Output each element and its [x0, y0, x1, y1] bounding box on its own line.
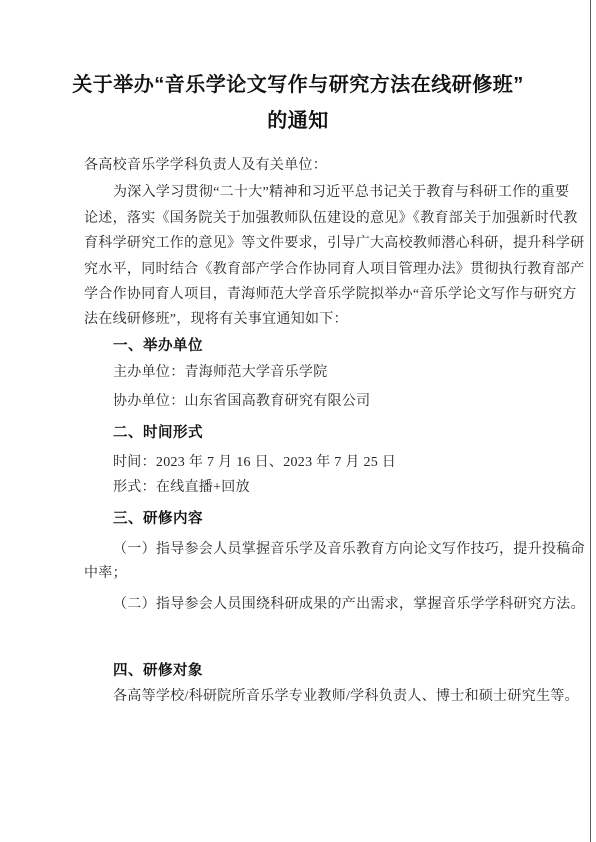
- organizer-host-line: 主办单位：青海师范大学音乐学院: [113, 365, 328, 381]
- intro-paragraph-line: 究水平，同时结合《教育部产学合作协同育人项目管理办法》贯彻执行教育部产: [84, 262, 585, 278]
- section-heading-organizers: 一、举办单位: [113, 338, 203, 354]
- salutation: 各高校音乐学学科负责人及有关单位：: [84, 158, 327, 174]
- document-title-line2: 的通知: [0, 109, 596, 133]
- intro-paragraph-line: 学合作协同育人项目，青海师范大学音乐学院拟举办“音乐学论文写作与研究方: [84, 287, 577, 303]
- organizer-cohost-line: 协办单位：山东省国高教育研究有限公司: [113, 394, 370, 410]
- intro-paragraph-line: 法在线研修班”，现将有关事宜通知如下：: [84, 312, 348, 328]
- document-page: 关于举办“音乐学论文写作与研究方法在线研修班” 的通知 各高校音乐学学科负责人及…: [0, 0, 596, 842]
- content-item1-line2: 中率；: [84, 566, 127, 582]
- intro-paragraph-line: 论述，落实《国务院关于加强教师队伍建设的意见》《教育部关于加强新时代教: [84, 211, 578, 227]
- intro-paragraph-line: 育科学研究工作的意见》等文件要求，引导广大高校教师潜心科研，提升科学研: [84, 236, 585, 252]
- content-item1-line1: （一）指导参会人员掌握音乐学及音乐教育方向论文写作技巧，提升投稿命: [113, 542, 585, 558]
- intro-paragraph-line: 为深入学习贯彻“二十大”精神和习近平总书记关于教育与科研工作的重要: [113, 185, 569, 201]
- document-title-line1: 关于举办“音乐学论文写作与研究方法在线研修班”: [0, 73, 596, 97]
- page-right-edge-line: [590, 0, 591, 842]
- section-heading-content: 三、研修内容: [113, 511, 203, 527]
- audience-line: 各高等学校/科研院所音乐学专业教师/学科负责人、博士和硕士研究生等。: [113, 689, 579, 705]
- section-heading-time-format: 二、时间形式: [113, 425, 203, 441]
- format-line: 形式：在线直播+回放: [113, 480, 250, 496]
- content-item2-line: （二）指导参会人员围绕科研成果的产出需求，掌握音乐学学科研究方法。: [113, 597, 585, 613]
- time-line: 时间：2023 年 7 月 16 日、2023 年 7 月 25 日: [113, 455, 396, 471]
- section-heading-audience: 四、研修对象: [113, 663, 203, 679]
